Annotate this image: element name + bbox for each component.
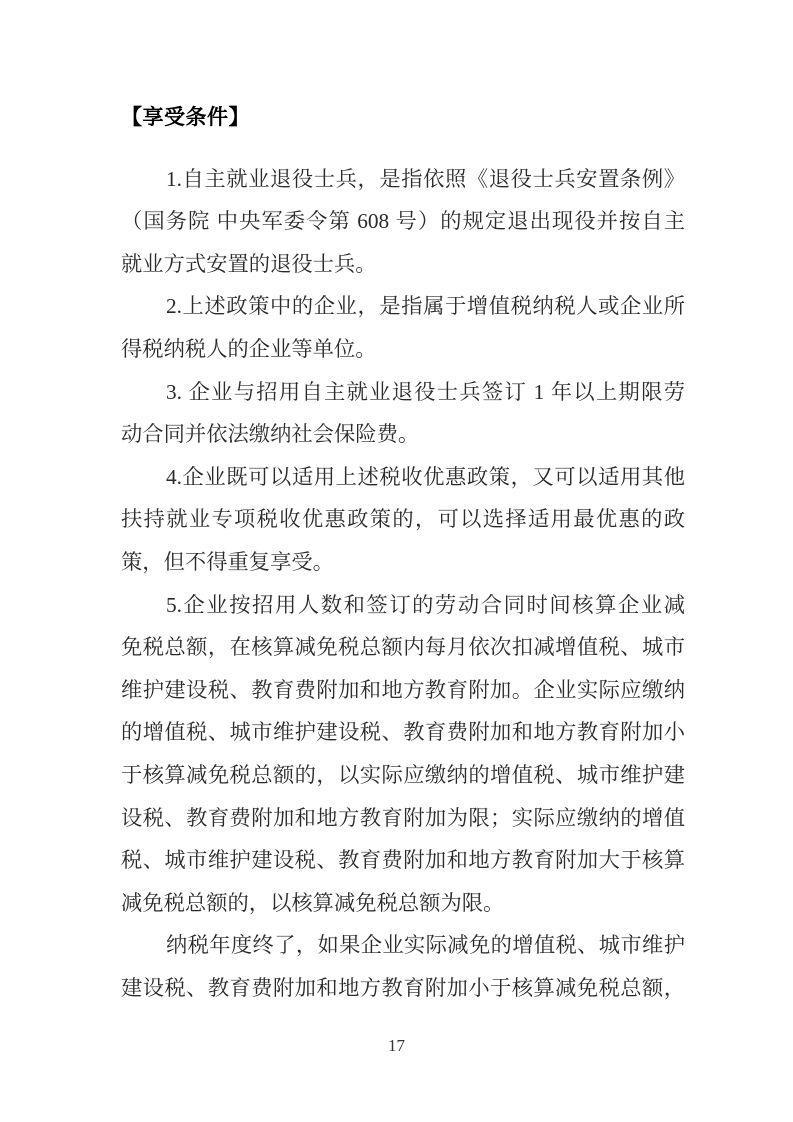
text-line: 就业方式安置的退役士兵。 <box>121 243 685 286</box>
text-line: 纳税年度终了，如果企业实际减免的增值税、城市维护 <box>121 924 685 967</box>
text-line: 设税、教育费附加和地方教育附加为限；实际应缴纳的增值 <box>121 797 685 840</box>
paragraph: 纳税年度终了，如果企业实际减免的增值税、城市维护建设税、教育费附加和地方教育附加… <box>121 924 685 1009</box>
text-line: 减免税总额的，以核算减免税总额为限。 <box>121 882 685 925</box>
text-line: （国务院 中央军委令第 608 号）的规定退出现役并按自主 <box>121 200 685 243</box>
text-line: 于核算减免税总额的，以实际应缴纳的增值税、城市维护建 <box>121 754 685 797</box>
text-line: 动合同并依法缴纳社会保险费。 <box>121 413 685 456</box>
text-line: 扶持就业专项税收优惠政策的，可以选择适用最优惠的政 <box>121 498 685 541</box>
paragraph: 2.上述政策中的企业，是指属于增值税纳税人或企业所得税纳税人的企业等单位。 <box>121 285 685 370</box>
text-line: 3. 企业与招用自主就业退役士兵签订 1 年以上期限劳 <box>121 371 685 414</box>
paragraph: 1.自主就业退役士兵，是指依照《退役士兵安置条例》（国务院 中央军委令第 608… <box>121 158 685 286</box>
paragraph: 4.企业既可以适用上述税收优惠政策，又可以适用其他扶持就业专项税收优惠政策的，可… <box>121 456 685 584</box>
text-line: 建设税、教育费附加和地方教育附加小于核算减免税总额， <box>121 967 685 1010</box>
page-number: 17 <box>388 1036 405 1055</box>
text-line: 的增值税、城市维护建设税、教育费附加和地方教育附加小 <box>121 711 685 754</box>
page-footer: 17 <box>0 1036 793 1056</box>
text-line: 得税纳税人的企业等单位。 <box>121 328 685 371</box>
document-body: 1.自主就业退役士兵，是指依照《退役士兵安置条例》（国务院 中央军委令第 608… <box>121 158 685 1010</box>
section-heading: 【享受条件】 <box>121 96 685 139</box>
text-line: 5.企业按招用人数和签订的劳动合同时间核算企业减 <box>121 584 685 627</box>
document-page: 【享受条件】 1.自主就业退役士兵，是指依照《退役士兵安置条例》（国务院 中央军… <box>0 0 793 1122</box>
text-line: 4.企业既可以适用上述税收优惠政策，又可以适用其他 <box>121 456 685 499</box>
text-line: 维护建设税、教育费附加和地方教育附加。企业实际应缴纳 <box>121 669 685 712</box>
text-line: 策，但不得重复享受。 <box>121 541 685 584</box>
paragraph: 5.企业按招用人数和签订的劳动合同时间核算企业减免税总额，在核算减免税总额内每月… <box>121 584 685 925</box>
text-line: 2.上述政策中的企业，是指属于增值税纳税人或企业所 <box>121 285 685 328</box>
text-line: 免税总额，在核算减免税总额内每月依次扣减增值税、城市 <box>121 626 685 669</box>
paragraph: 3. 企业与招用自主就业退役士兵签订 1 年以上期限劳动合同并依法缴纳社会保险费… <box>121 371 685 456</box>
text-line: 税、城市维护建设税、教育费附加和地方教育附加大于核算 <box>121 839 685 882</box>
text-line: 1.自主就业退役士兵，是指依照《退役士兵安置条例》 <box>121 158 685 201</box>
document-content: 【享受条件】 1.自主就业退役士兵，是指依照《退役士兵安置条例》（国务院 中央军… <box>121 96 685 1009</box>
